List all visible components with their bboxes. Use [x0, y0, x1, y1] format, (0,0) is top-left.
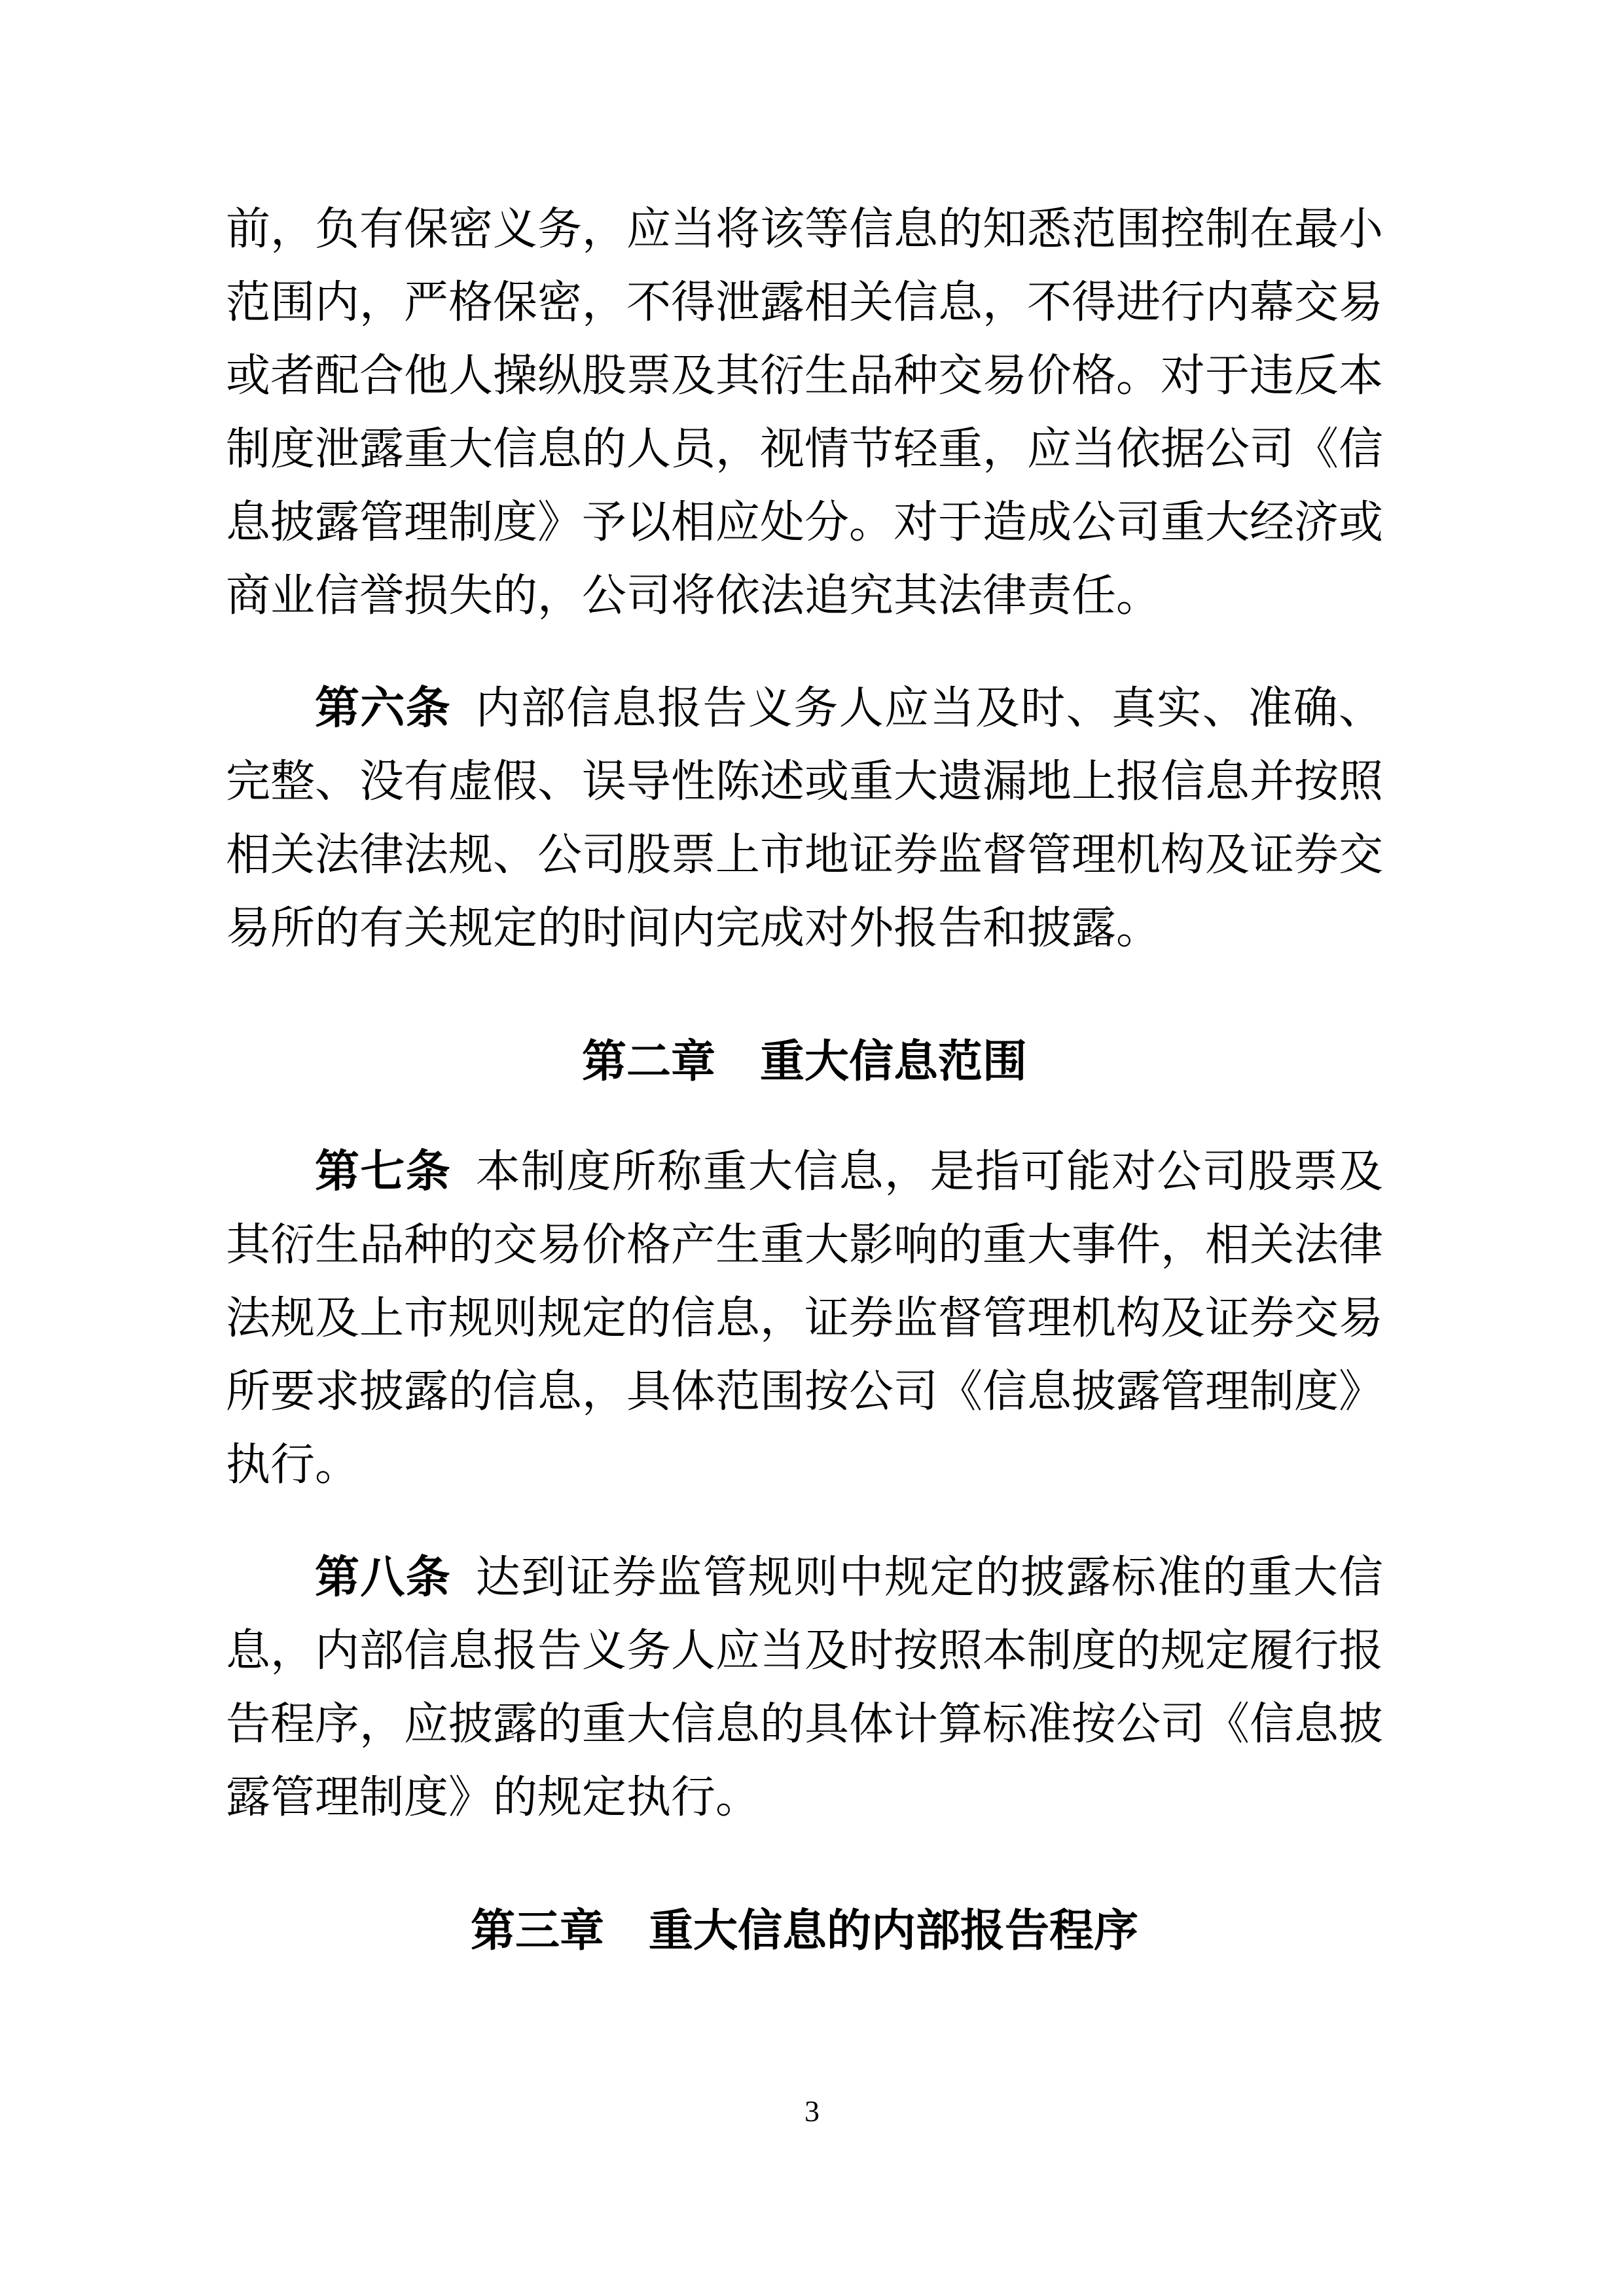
paragraph-confidentiality-continuation: 前，负有保密义务，应当将该等信息的知悉范围控制在最小范围内，严格保密，不得泄露相… — [226, 192, 1383, 632]
chapter-2-title: 重大信息范围 — [760, 1037, 1027, 1086]
paragraph-article-6: 第六条内部信息报告义务人应当及时、真实、准确、完整、没有虚假、误导性陈述或重大遗… — [226, 672, 1383, 965]
chapter-2-heading: 第二章重大信息范围 — [226, 1025, 1383, 1098]
paragraph-article-8: 第八条达到证券监管规则中规定的披露标准的重大信息，内部信息报告义务人应当及时按照… — [226, 1541, 1383, 1834]
chapter-3-number: 第三章 — [471, 1906, 604, 1956]
chapter-3-title: 重大信息的内部报告程序 — [649, 1906, 1138, 1956]
article-7-label: 第七条 — [315, 1147, 451, 1196]
article-7-text: 本制度所称重大信息，是指可能对公司股票及其衍生品种的交易价格产生重大影响的重大事… — [226, 1147, 1383, 1490]
chapter-2-number: 第二章 — [582, 1037, 715, 1086]
chapter-3-heading: 第三章重大信息的内部报告程序 — [226, 1894, 1383, 1967]
article-6-label: 第六条 — [315, 683, 451, 733]
page-number: 3 — [0, 2093, 1624, 2129]
paragraph-article-7: 第七条本制度所称重大信息，是指可能对公司股票及其衍生品种的交易价格产生重大影响的… — [226, 1135, 1383, 1501]
document-page: 前，负有保密义务，应当将该等信息的知悉范围控制在最小范围内，严格保密，不得泄露相… — [0, 0, 1624, 2296]
article-8-label: 第八条 — [315, 1552, 451, 1602]
